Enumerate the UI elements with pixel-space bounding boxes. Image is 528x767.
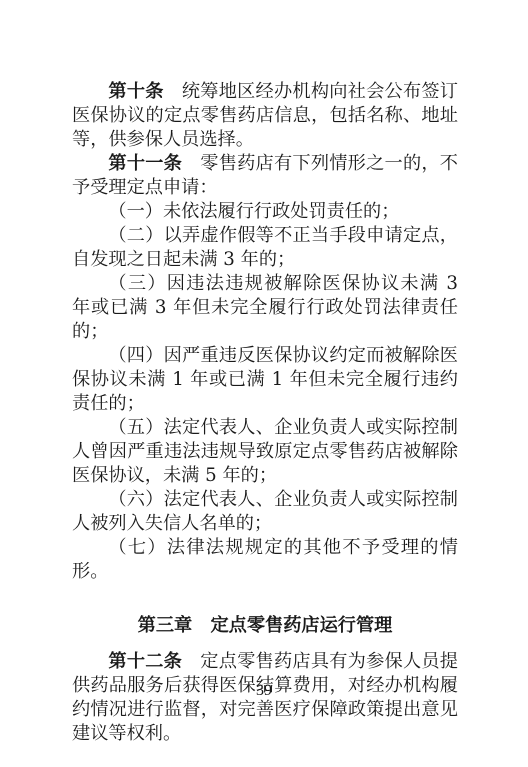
body-text: 第十条统筹地区经办机构向社会公布签订医保协议的定点零售药店信息，包括名称、地址等…: [72, 80, 458, 746]
chapter-title: 定点零售药店运行管理: [210, 615, 392, 636]
clause-3: （三）因违法违规被解除医保协议未满 3 年或已满 3 年但未完全履行行政处罚法律…: [72, 272, 458, 344]
document-page: 第十条统筹地区经办机构向社会公布签订医保协议的定点零售药店信息，包括名称、地址等…: [0, 0, 528, 767]
article-heading: 第十二条: [108, 651, 182, 672]
clause-6: （六）法定代表人、企业负责人或实际控制人被列入失信人名单的；: [72, 488, 458, 536]
article-heading: 第十一条: [108, 153, 182, 174]
chapter-number: 第三章: [138, 615, 193, 636]
clause-7: （七）法律法规规定的其他不予受理的情形。: [72, 536, 458, 584]
article-10: 第十条统筹地区经办机构向社会公布签订医保协议的定点零售药店信息，包括名称、地址等…: [72, 80, 458, 152]
clause-2: （二）以弄虚作假等不正当手段申请定点，自发现之日起未满 3 年的；: [72, 224, 458, 272]
clause-4: （四）因严重违反医保协议约定而被解除医保协议未满 1 年或已满 1 年但未完全履…: [72, 344, 458, 416]
chapter-heading: 第三章定点零售药店运行管理: [72, 614, 458, 638]
page-number: 39: [0, 682, 528, 700]
article-heading: 第十条: [108, 81, 163, 102]
article-11: 第十一条零售药店有下列情形之一的，不予受理定点申请：: [72, 152, 458, 200]
clause-1: （一）未依法履行行政处罚责任的；: [72, 200, 458, 224]
clause-5: （五）法定代表人、企业负责人或实际控制人曾因严重违法违规导致原定点零售药店被解除…: [72, 416, 458, 488]
